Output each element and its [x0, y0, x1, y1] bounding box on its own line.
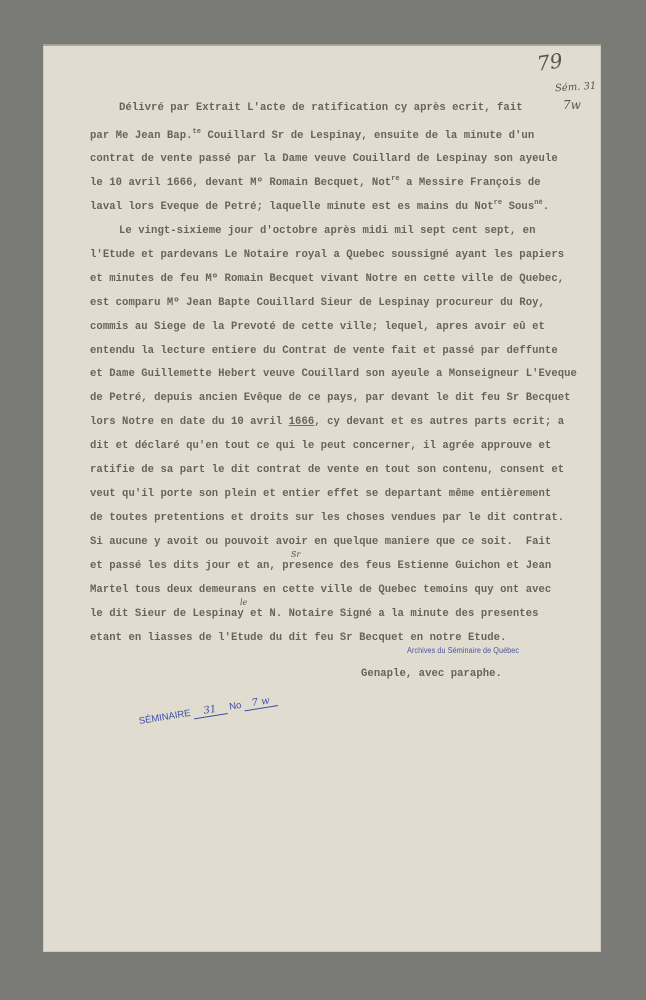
superscript: te [193, 128, 202, 136]
text-line-13: de Petré, depuis ancien Evêque de ce pay… [90, 392, 571, 404]
text-line-7: l'Etude et pardevans Le Notaire royal a … [90, 249, 564, 261]
text-line-17: veut qu'il porte son plein et entier eff… [90, 488, 551, 500]
text-line-1: Délivré par Extrait L'acte de ratificati… [119, 102, 523, 114]
text-line-19: Si aucune y avoit ou pouvoit avoir en qu… [90, 536, 551, 548]
text-line-21: Martel tous deux demeurans en cette vill… [90, 584, 551, 596]
shelfmark-handwritten-line2: 7w [563, 98, 581, 112]
text-segment: . [543, 201, 549, 213]
text-line-23: etant en liasses de l'Etude du dit feu S… [90, 632, 506, 644]
text-line-9: est comparu Mº Jean Bapte Couillard Sieu… [90, 297, 545, 309]
superscript: re [494, 199, 503, 207]
folio-number-handwritten: 79 [535, 48, 564, 75]
text-segment: par Me Jean Bap. [90, 130, 193, 142]
paper-edge-shadow [43, 44, 601, 46]
text-segment: en cette ville de Quebec, [398, 273, 565, 285]
seminaire-stamp: SÉMINAIRE 31 No 7 w [138, 694, 278, 728]
text-line-4: le 10 avril 1666, devant Mº Romain Becqu… [90, 177, 541, 189]
superscript: né [534, 199, 543, 207]
stamp-no-value: 7 w [243, 694, 278, 711]
text-segment: Couillard Sr de Lespinay, ensuite de la … [201, 130, 534, 142]
text-line-15: dit et déclaré qu'en tout ce qui le peut… [90, 440, 551, 452]
stamp-label: SÉMINAIRE [138, 708, 191, 727]
text-line-11: entendu la lecture entiere du Contrat de… [90, 345, 558, 357]
closing-signature: Genaple, avec paraphe. [361, 668, 502, 680]
text-line-12: et Dame Guillemette Hebert veuve Couilla… [90, 368, 577, 380]
superscript: re [391, 175, 400, 183]
stamp-number: 31 [192, 702, 227, 719]
text-segment: lors Notre en date du 10 avril [90, 416, 289, 428]
text-segment: laval lors Eveque de Petré; laquelle min… [90, 201, 494, 213]
text-line-6: Le vingt-sixieme jour d'octobre après mi… [119, 225, 535, 237]
text-line-8: et minutes de feu Mº Romain Becquet viva… [90, 273, 564, 285]
text-line-16: ratifie de sa part le dit contrat de ven… [90, 464, 564, 476]
text-line-20: et passé les dits jour et an, presence d… [90, 560, 551, 572]
text-line-5: laval lors Eveque de Petré; laquelle min… [90, 201, 549, 213]
text-line-14: lors Notre en date du 10 avril 1666, cy … [90, 416, 564, 428]
document-page: 79 Sém. 31 7w Délivré par Extrait L'acte… [43, 44, 601, 952]
text-segment: , cy devant et es autres parts ecrit; a [314, 416, 564, 428]
text-segment: et minutes de feu Mº Romain Becquet viva… [90, 273, 398, 285]
underlined-year: 1666 [289, 416, 315, 428]
text-segment: a Messire François de [400, 177, 541, 189]
text-segment: Sous [502, 201, 534, 213]
stamp-no-label: No [228, 700, 242, 713]
text-line-2: par Me Jean Bap.te Couillard Sr de Lespi… [90, 130, 534, 142]
text-line-18: de toutes pretentions et droits sur les … [90, 512, 564, 524]
text-line-10: commis au Siege de la Prevoté de cette v… [90, 321, 545, 333]
text-line-3: contrat de vente passé par la Dame veuve… [90, 153, 558, 165]
interlinear-note-feus: Sr [291, 550, 300, 559]
archive-stamp: Archives du Séminaire de Québec [407, 646, 519, 655]
text-line-22: le dit Sieur de Lespinay et N. Notaire S… [90, 608, 539, 620]
interlinear-note-le: le [240, 598, 247, 607]
shelfmark-handwritten-line1: Sém. 31 [555, 81, 597, 95]
text-segment: le 10 avril 1666, devant Mº Romain Becqu… [90, 177, 391, 189]
